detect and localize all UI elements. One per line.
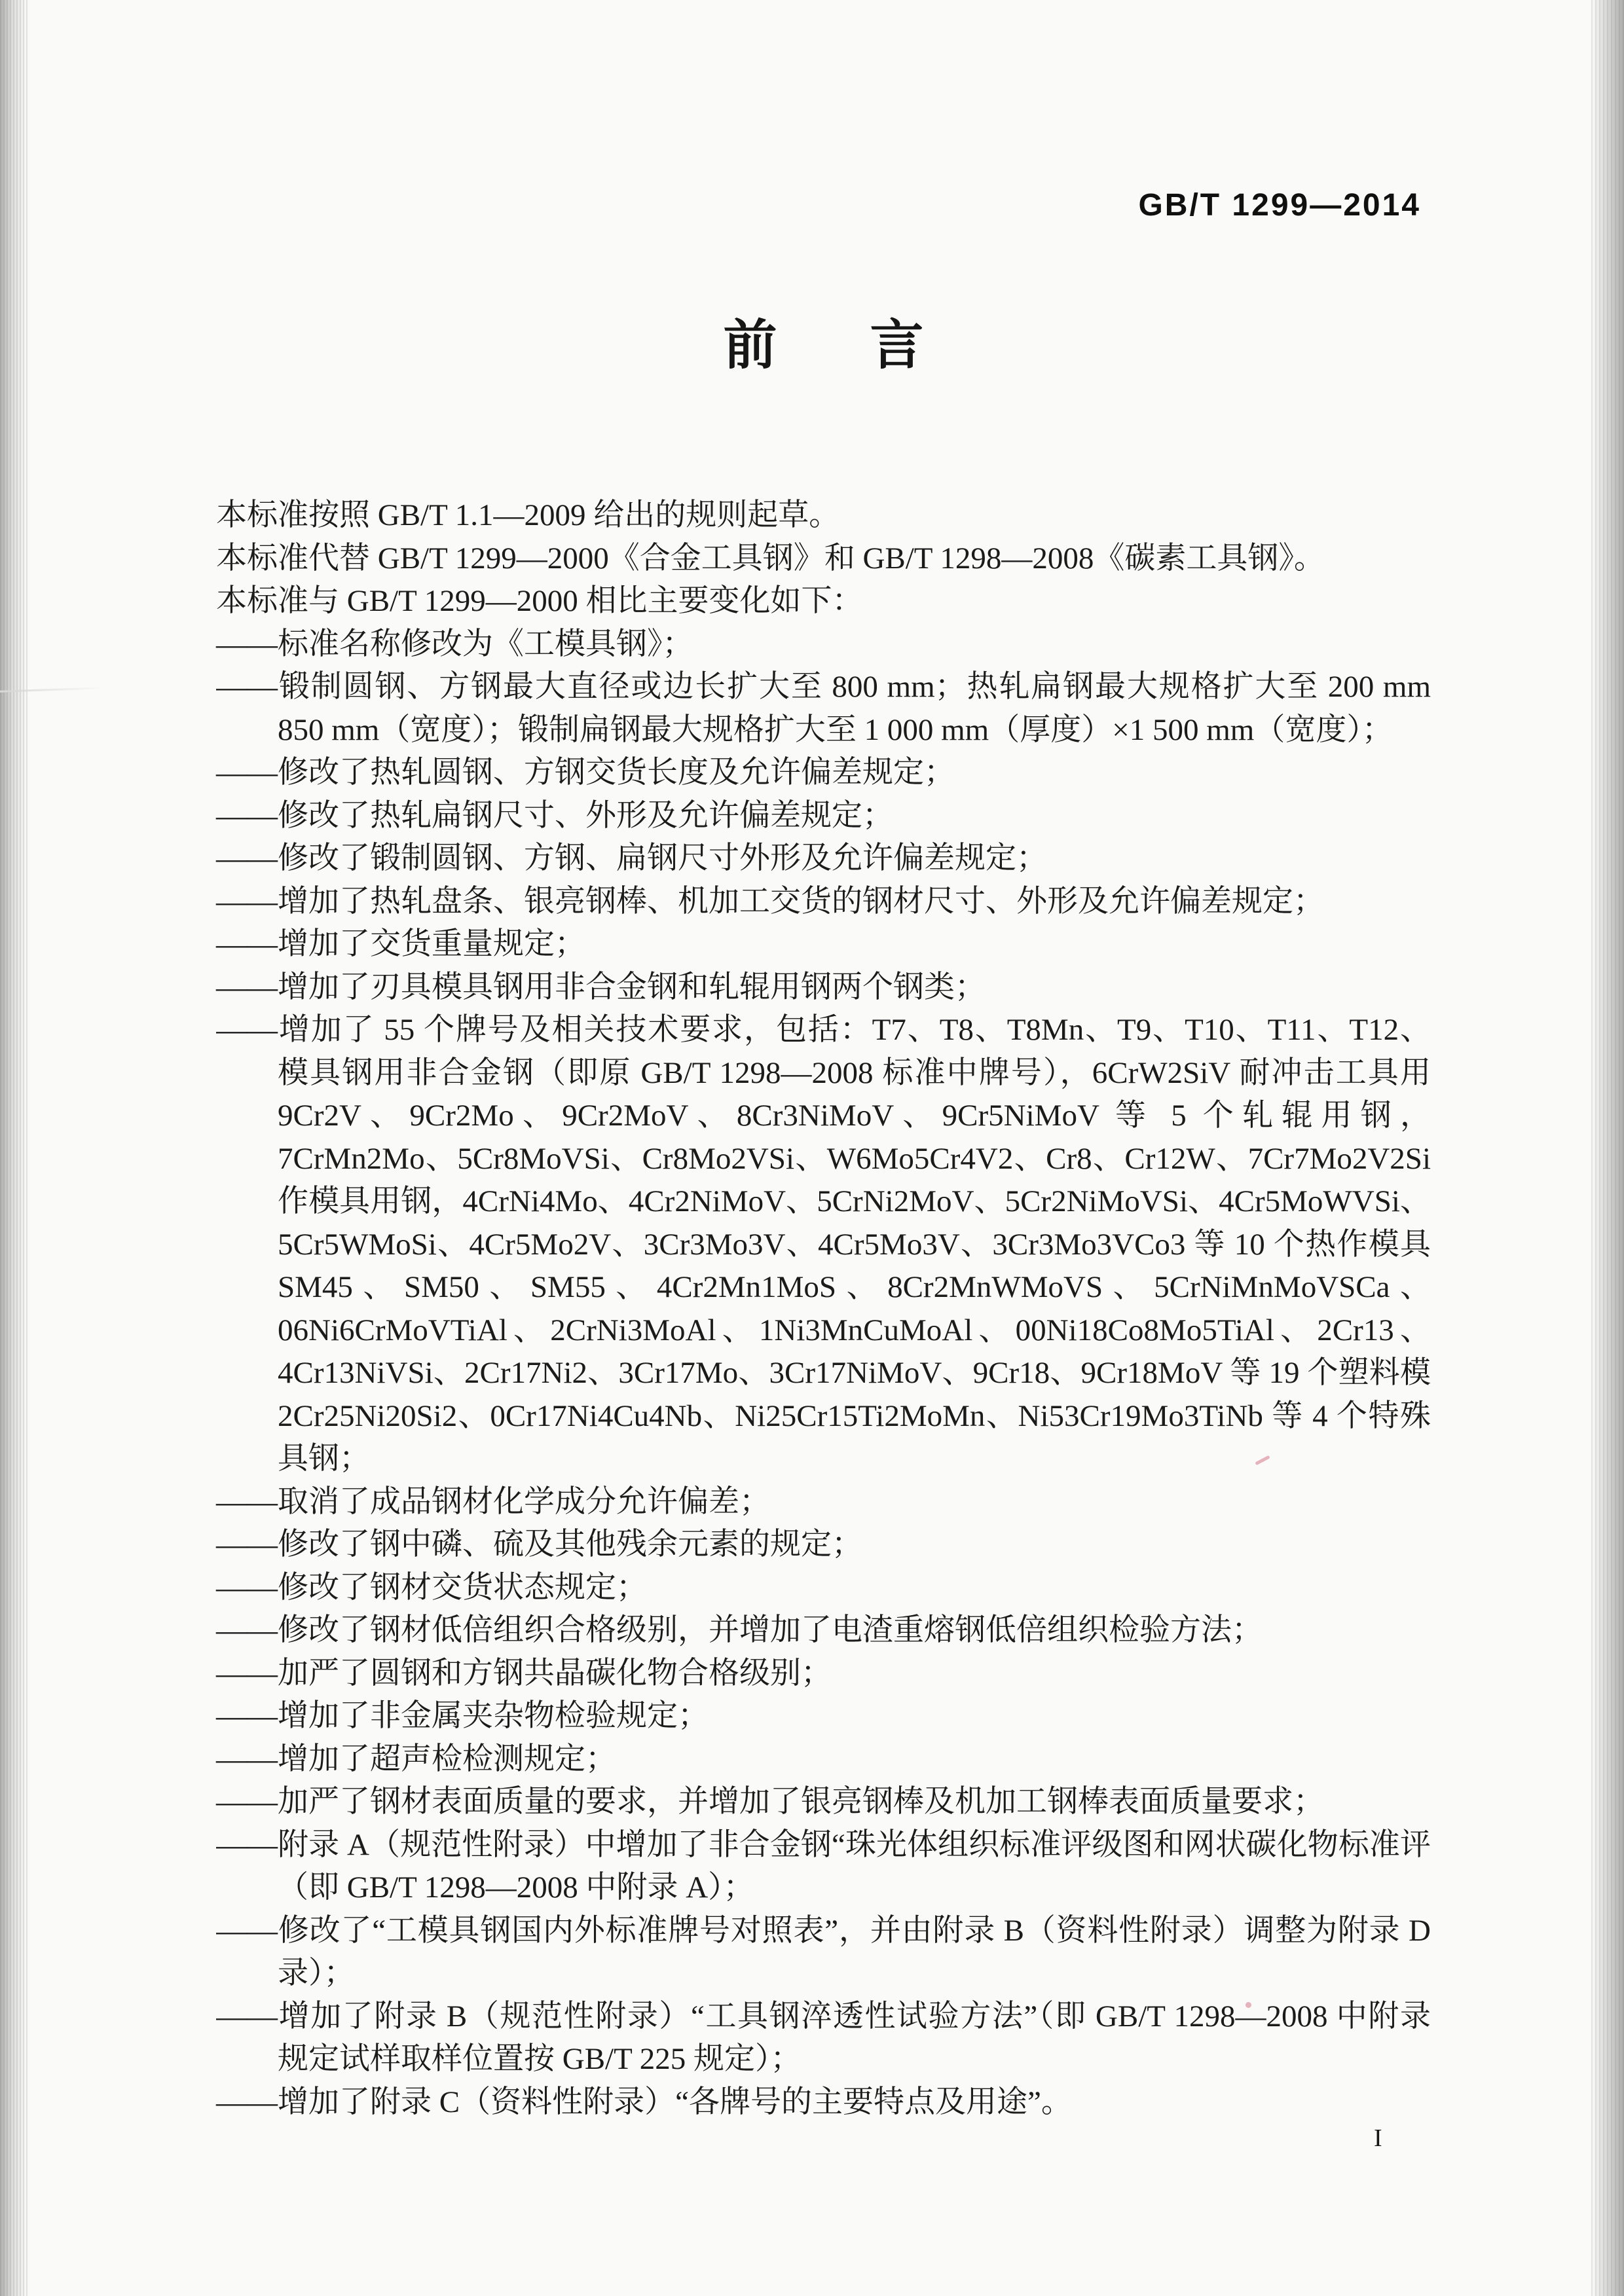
body-line: 具钢； [216, 1438, 1431, 1481]
body-line: ——锻制圆钢、方钢最大直径或边长扩大至 800 mm；热轧扁钢最大规格扩大至 2… [216, 666, 1431, 709]
body-line: SM45、SM50、SM55、4Cr2Mn1MoS、8Cr2MnWMoVS、5C… [216, 1266, 1431, 1309]
page-number: I [1374, 2124, 1382, 2153]
body-line: 作模具用钢，4CrNi4Mo、4Cr2NiMoV、5CrNi2MoV、5Cr2N… [216, 1180, 1431, 1224]
body-line: ——加严了圆钢和方钢共晶碳化物合格级别； [216, 1652, 1431, 1696]
scan-edge-right-shadow [1591, 0, 1624, 2296]
page-title-text: 前言 [723, 302, 923, 379]
scanned-document-page: GB/T 1299—2014 前言 本标准按照 GB/T 1.1—2009 给出… [0, 0, 1624, 2296]
body-line: ——增加了附录 C（资料性附录）“各牌号的主要特点及用途”。 [216, 2081, 1431, 2124]
body-line: 本标准与 GB/T 1299—2000 相比主要变化如下： [216, 580, 1431, 623]
body-line: ——附录 A（规范性附录）中增加了非合金钢“珠光体组织标准评级图和网状碳化物标准… [216, 1824, 1431, 1867]
body-line: ——增加了刃具模具钢用非合金钢和轧辊用钢两个钢类； [216, 966, 1431, 1010]
foreword-body: 本标准按照 GB/T 1.1—2009 给出的规则起草。 本标准代替 GB/T … [216, 494, 1431, 2124]
body-line: 7CrMn2Mo、5Cr8MoVSi、Cr8Mo2VSi、W6Mo5Cr4V2、… [216, 1138, 1431, 1181]
standard-code: GB/T 1299—2014 [1138, 187, 1421, 223]
title-char-2: 言 [870, 302, 924, 379]
body-line: 录）； [216, 1952, 1431, 1995]
title-char-1: 前 [723, 302, 777, 379]
body-line: ——修改了热轧扁钢尺寸、外形及允许偏差规定； [216, 795, 1431, 838]
body-line: 06Ni6CrMoVTiAl、2CrNi3MoAl、1Ni3MnCuMoAl、0… [216, 1309, 1431, 1353]
scan-edge-left-shadow [0, 0, 28, 2296]
body-line: ——标准名称修改为《工模具钢》； [216, 623, 1431, 666]
body-line: 4Cr13NiVSi、2Cr17Ni2、3Cr17Mo、3Cr17NiMoV、9… [216, 1352, 1431, 1395]
body-line: ——增加了 55 个牌号及相关技术要求，包括：T7、T8、T8Mn、T9、T10… [216, 1009, 1431, 1052]
body-line: 5Cr5WMoSi、4Cr5Mo2V、3Cr3Mo3V、4Cr5Mo3V、3Cr… [216, 1224, 1431, 1267]
body-line: 2Cr25Ni20Si2、0Cr17Ni4Cu4Nb、Ni25Cr15Ti2Mo… [216, 1395, 1431, 1438]
body-line: 规定试样取样位置按 GB/T 225 规定）； [216, 2038, 1431, 2081]
body-line: （即 GB/T 1298—2008 中附录 A）； [216, 1867, 1431, 1910]
body-line: ——修改了钢中磷、硫及其他残余元素的规定； [216, 1523, 1431, 1567]
body-line: ——增加了交货重量规定； [216, 923, 1431, 966]
red-pen-mark [1246, 2002, 1251, 2008]
body-line: ——修改了钢材低倍组织合格级别，并增加了电渣重熔钢低倍组织检验方法； [216, 1609, 1431, 1652]
body-line: ——修改了“工模具钢国内外标准牌号对照表”，并由附录 B（资料性附录）调整为附录… [216, 1910, 1431, 1953]
body-line: ——修改了热轧圆钢、方钢交货长度及允许偏差规定； [216, 752, 1431, 795]
body-line: ——取消了成品钢材化学成分允许偏差； [216, 1481, 1431, 1524]
body-line: 850 mm（宽度）；锻制扁钢最大规格扩大至 1 000 mm（厚度）×1 50… [216, 709, 1431, 752]
body-line: 本标准代替 GB/T 1299—2000《合金工具钢》和 GB/T 1298—2… [216, 538, 1431, 581]
body-line: 本标准按照 GB/T 1.1—2009 给出的规则起草。 [216, 494, 1431, 538]
body-line: 9Cr2V、9Cr2Mo、9Cr2MoV、8Cr3NiMoV、9Cr5NiMoV… [216, 1095, 1431, 1138]
body-line: ——修改了锻制圆钢、方钢、扁钢尺寸外形及允许偏差规定； [216, 837, 1431, 881]
page-title: 前言 [216, 302, 1431, 379]
body-line: ——增加了热轧盘条、银亮钢棒、机加工交货的钢材尺寸、外形及允许偏差规定； [216, 881, 1431, 924]
body-line: ——加严了钢材表面质量的要求，并增加了银亮钢棒及机加工钢棒表面质量要求； [216, 1781, 1431, 1824]
body-line: ——增加了非金属夹杂物检验规定； [216, 1695, 1431, 1738]
body-line: ——修改了钢材交货状态规定； [216, 1567, 1431, 1610]
body-line: ——增加了超声检检测规定； [216, 1738, 1431, 1781]
body-line: 模具钢用非合金钢（即原 GB/T 1298—2008 标准中牌号），6CrW2S… [216, 1052, 1431, 1095]
